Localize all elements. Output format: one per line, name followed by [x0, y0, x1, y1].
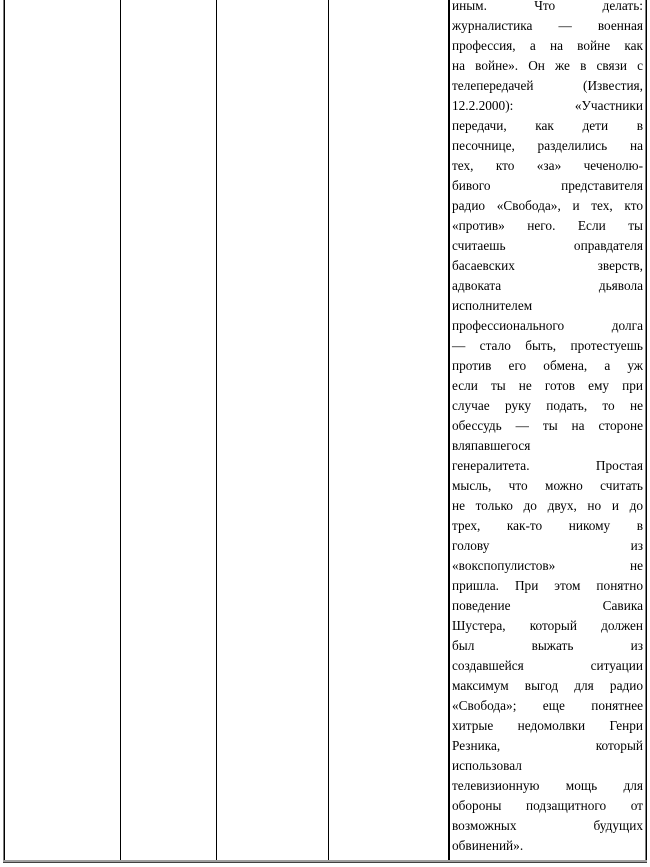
text-line: обвинений».: [452, 836, 643, 856]
text-line: тех, кто «за» чеченолю-: [452, 156, 643, 176]
table-cell-col1: [4, 0, 120, 860]
column-border: [449, 0, 450, 862]
text-line: считаешь оправдателя: [452, 236, 643, 256]
text-line: «против» него. Если ты: [452, 216, 643, 236]
text-line: максимум выгод для радио: [452, 676, 643, 696]
text-line: случае руку подать, то не: [452, 396, 643, 416]
text-line: Резника, который: [452, 736, 643, 756]
text-line: на войне». Он же в связи с: [452, 56, 643, 76]
text-line: профессионального долга: [452, 316, 643, 336]
table-cell-col2: [121, 0, 216, 860]
text-line: 12.2.2000): «Участники: [452, 96, 643, 116]
column-border: [4, 0, 5, 862]
text-line: исполнителем: [452, 296, 643, 316]
text-line: профессия, а на войне как: [452, 36, 643, 56]
table-cell-col4: [329, 0, 448, 860]
text-line: Шустера, который должен: [452, 616, 643, 636]
text-line: адвоката дьявола: [452, 276, 643, 296]
table-cell-col3: [217, 0, 328, 860]
table-cell-text: иным. Что делать:журналистика — военнаяп…: [452, 0, 643, 856]
text-line: использовал: [452, 756, 643, 776]
text-line: вляпавшегося: [452, 436, 643, 456]
column-border: [646, 0, 647, 862]
column-border: [216, 0, 217, 862]
text-line: голову из: [452, 536, 643, 556]
text-line: не только до двух, но и до: [452, 496, 643, 516]
text-line: трех, как-то никому в: [452, 516, 643, 536]
text-line: возможных будущих: [452, 816, 643, 836]
text-line: генералитета. Простая: [452, 456, 643, 476]
text-line: песочнице, разделились на: [452, 136, 643, 156]
text-line: «Свобода»; еще понятнее: [452, 696, 643, 716]
text-line: басаевских зверств,: [452, 256, 643, 276]
text-line: против его обмена, а уж: [452, 356, 643, 376]
text-line: телепередачей (Известия,: [452, 76, 643, 96]
row-border: [3, 862, 647, 863]
text-line: радио «Свобода», и тех, кто: [452, 196, 643, 216]
text-line: создавшейся ситуации: [452, 656, 643, 676]
text-line: обессудь — ты на стороне: [452, 416, 643, 436]
column-border: [328, 0, 329, 862]
text-line: был выжать из: [452, 636, 643, 656]
column-border: [120, 0, 121, 862]
text-line: — стало быть, протестуешь: [452, 336, 643, 356]
text-line: «вокспопулистов» не: [452, 556, 643, 576]
text-line: передачи, как дети в: [452, 116, 643, 136]
text-line: пришла. При этом понятно: [452, 576, 643, 596]
document-table: иным. Что делать:журналистика — военнаяп…: [0, 0, 650, 867]
text-line: поведение Савика: [452, 596, 643, 616]
text-line: хитрые недомолвки Генри: [452, 716, 643, 736]
text-line: журналистика — военная: [452, 16, 643, 36]
text-line: обороны подзащитного от: [452, 796, 643, 816]
text-line: телевизионную мощь для: [452, 776, 643, 796]
text-line: если ты не готов ему при: [452, 376, 643, 396]
text-line: бивого представителя: [452, 176, 643, 196]
text-line: иным. Что делать:: [452, 0, 643, 16]
text-line: мысль, что можно считать: [452, 476, 643, 496]
